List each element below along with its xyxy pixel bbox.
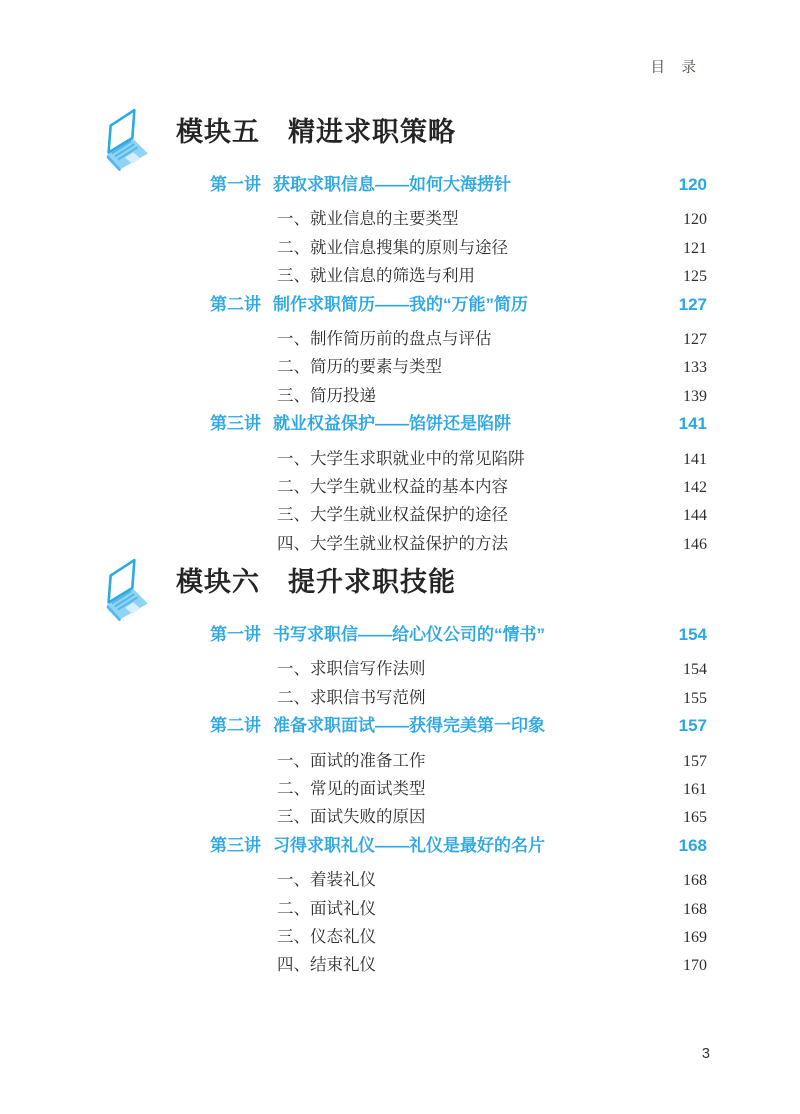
toc-item-page-number: 120 xyxy=(683,206,707,233)
lecture-group: 第二讲 制作求职简历——我的“万能”简历 127 一、制作简历前的盘点与评估 1… xyxy=(88,291,707,411)
toc-item-title: 四、结束礼仪 xyxy=(277,951,683,978)
lecture-page-number: 154 xyxy=(679,621,707,648)
toc-item-title: 三、大学生就业权益保护的途径 xyxy=(277,501,683,528)
lecture-group: 第三讲 习得求职礼仪——礼仪是最好的名片 168 一、着装礼仪 168 二、面试… xyxy=(88,832,707,980)
toc-item-title: 二、面试礼仪 xyxy=(277,895,683,922)
toc-item-page-number: 127 xyxy=(683,326,707,353)
toc-item-row: 一、着装礼仪 168 xyxy=(88,866,707,894)
lecture-group: 第三讲 就业权益保护——馅饼还是陷阱 141 一、大学生求职就业中的常见陷阱 1… xyxy=(88,410,707,558)
toc-item-row: 四、大学生就业权益保护的方法 146 xyxy=(88,530,707,558)
module-section: 模块五 精进求职策略 第一讲 获取求职信息——如何大海捞针 120 一、就业信息… xyxy=(88,107,707,558)
toc-item-page-number: 157 xyxy=(683,748,707,775)
toc-item-page-number: 133 xyxy=(683,354,707,381)
lecture-row: 第一讲 书写求职信——给心仪公司的“情书” 154 xyxy=(88,621,707,648)
toc-item-title: 三、面试失败的原因 xyxy=(277,803,683,830)
toc-item-page-number: 139 xyxy=(683,383,707,410)
lecture-group: 第一讲 书写求职信——给心仪公司的“情书” 154 一、求职信写作法则 154 … xyxy=(88,621,707,712)
lecture-page-number: 157 xyxy=(679,712,707,739)
toc-item-title: 二、求职信书写范例 xyxy=(277,684,683,711)
lecture-title: 获取求职信息——如何大海捞针 xyxy=(273,171,679,198)
module-title: 模块六 提升求职技能 xyxy=(176,560,456,599)
toc-item-title: 一、大学生求职就业中的常见陷阱 xyxy=(277,445,683,472)
lecture-title: 准备求职面试——获得完美第一印象 xyxy=(273,712,679,739)
toc-item-page-number: 121 xyxy=(683,235,707,262)
toc-item-page-number: 141 xyxy=(683,446,707,473)
toc-item-page-number: 169 xyxy=(683,924,707,951)
lecture-title: 就业权益保护——馅饼还是陷阱 xyxy=(273,410,679,437)
lecture-page-number: 127 xyxy=(679,291,707,318)
toc-item-title: 一、就业信息的主要类型 xyxy=(277,205,683,232)
lecture-title: 书写求职信——给心仪公司的“情书” xyxy=(273,621,679,648)
lecture-row: 第三讲 就业权益保护——馅饼还是陷阱 141 xyxy=(88,410,707,437)
lecture-label: 第三讲 xyxy=(210,410,261,437)
lecture-title: 习得求职礼仪——礼仪是最好的名片 xyxy=(273,832,679,859)
lecture-page-number: 168 xyxy=(679,832,707,859)
toc-item-row: 一、大学生求职就业中的常见陷阱 141 xyxy=(88,445,707,473)
toc-page: 目 录 模块五 精进求职策略 第一讲 获取求职信息——如何大海捞针 120 xyxy=(0,0,800,1114)
toc-item-page-number: 170 xyxy=(683,952,707,979)
toc-item-page-number: 144 xyxy=(683,502,707,529)
module-section: 模块六 提升求职技能 第一讲 书写求职信——给心仪公司的“情书” 154 一、求… xyxy=(88,557,707,980)
toc-item-page-number: 146 xyxy=(683,531,707,558)
toc-item-row: 三、简历投递 139 xyxy=(88,382,707,410)
lecture-label: 第一讲 xyxy=(210,621,261,648)
toc-item-row: 三、仪态礼仪 169 xyxy=(88,923,707,951)
toc-item-row: 二、常见的面试类型 161 xyxy=(88,775,707,803)
toc-item-row: 二、简历的要素与类型 133 xyxy=(88,353,707,381)
toc-item-title: 一、制作简历前的盘点与评估 xyxy=(277,325,683,352)
toc-item-row: 四、结束礼仪 170 xyxy=(88,951,707,979)
lecture-row: 第一讲 获取求职信息——如何大海捞针 120 xyxy=(88,171,707,198)
toc-item-row: 一、求职信写作法则 154 xyxy=(88,655,707,683)
toc-item-title: 三、仪态礼仪 xyxy=(277,923,683,950)
toc-item-title: 二、大学生就业权益的基本内容 xyxy=(277,473,683,500)
toc-item-page-number: 168 xyxy=(683,896,707,923)
lecture-label: 第二讲 xyxy=(210,291,261,318)
toc-item-row: 二、大学生就业权益的基本内容 142 xyxy=(88,473,707,501)
toc-item-title: 三、简历投递 xyxy=(277,382,683,409)
toc-item-title: 三、就业信息的筛选与利用 xyxy=(277,262,683,289)
module-header: 模块六 提升求职技能 xyxy=(88,557,707,621)
lecture-group: 第二讲 准备求职面试——获得完美第一印象 157 一、面试的准备工作 157 二… xyxy=(88,712,707,832)
toc-item-title: 一、面试的准备工作 xyxy=(277,747,683,774)
toc-item-page-number: 154 xyxy=(683,656,707,683)
toc-item-title: 一、着装礼仪 xyxy=(277,866,683,893)
toc-item-title: 二、简历的要素与类型 xyxy=(277,353,683,380)
toc-item-row: 三、面试失败的原因 165 xyxy=(88,803,707,831)
module-title: 模块五 精进求职策略 xyxy=(176,110,456,149)
page-number-footer: 3 xyxy=(702,1046,710,1062)
toc-item-page-number: 165 xyxy=(683,804,707,831)
toc-item-title: 二、就业信息搜集的原则与途径 xyxy=(277,234,683,261)
toc-item-row: 一、制作简历前的盘点与评估 127 xyxy=(88,325,707,353)
module-header: 模块五 精进求职策略 xyxy=(88,107,707,171)
lecture-label: 第一讲 xyxy=(210,171,261,198)
lecture-label: 第三讲 xyxy=(210,832,261,859)
toc-item-row: 一、面试的准备工作 157 xyxy=(88,747,707,775)
toc-item-row: 三、大学生就业权益保护的途径 144 xyxy=(88,501,707,529)
lecture-row: 第二讲 制作求职简历——我的“万能”简历 127 xyxy=(88,291,707,318)
lecture-page-number: 141 xyxy=(679,410,707,437)
lecture-row: 第二讲 准备求职面试——获得完美第一印象 157 xyxy=(88,712,707,739)
toc-item-page-number: 168 xyxy=(683,867,707,894)
lecture-label: 第二讲 xyxy=(210,712,261,739)
laptop-icon xyxy=(94,557,150,621)
toc-list: 第一讲 获取求职信息——如何大海捞针 120 一、就业信息的主要类型 120 二… xyxy=(88,171,707,558)
lecture-page-number: 120 xyxy=(679,171,707,198)
toc-item-title: 二、常见的面试类型 xyxy=(277,775,683,802)
lecture-row: 第三讲 习得求职礼仪——礼仪是最好的名片 168 xyxy=(88,832,707,859)
lecture-group: 第一讲 获取求职信息——如何大海捞针 120 一、就业信息的主要类型 120 二… xyxy=(88,171,707,291)
laptop-icon xyxy=(94,107,150,171)
toc-item-row: 一、就业信息的主要类型 120 xyxy=(88,205,707,233)
lecture-title: 制作求职简历——我的“万能”简历 xyxy=(273,291,679,318)
toc-list: 第一讲 书写求职信——给心仪公司的“情书” 154 一、求职信写作法则 154 … xyxy=(88,621,707,980)
toc-item-row: 三、就业信息的筛选与利用 125 xyxy=(88,262,707,290)
toc-item-row: 二、面试礼仪 168 xyxy=(88,895,707,923)
toc-item-page-number: 155 xyxy=(683,685,707,712)
toc-header-label: 目 录 xyxy=(651,56,698,77)
toc-item-title: 一、求职信写作法则 xyxy=(277,655,683,682)
toc-item-page-number: 142 xyxy=(683,474,707,501)
toc-item-row: 二、求职信书写范例 155 xyxy=(88,684,707,712)
toc-item-page-number: 161 xyxy=(683,776,707,803)
toc-item-title: 四、大学生就业权益保护的方法 xyxy=(277,530,683,557)
toc-item-page-number: 125 xyxy=(683,263,707,290)
toc-item-row: 二、就业信息搜集的原则与途径 121 xyxy=(88,234,707,262)
